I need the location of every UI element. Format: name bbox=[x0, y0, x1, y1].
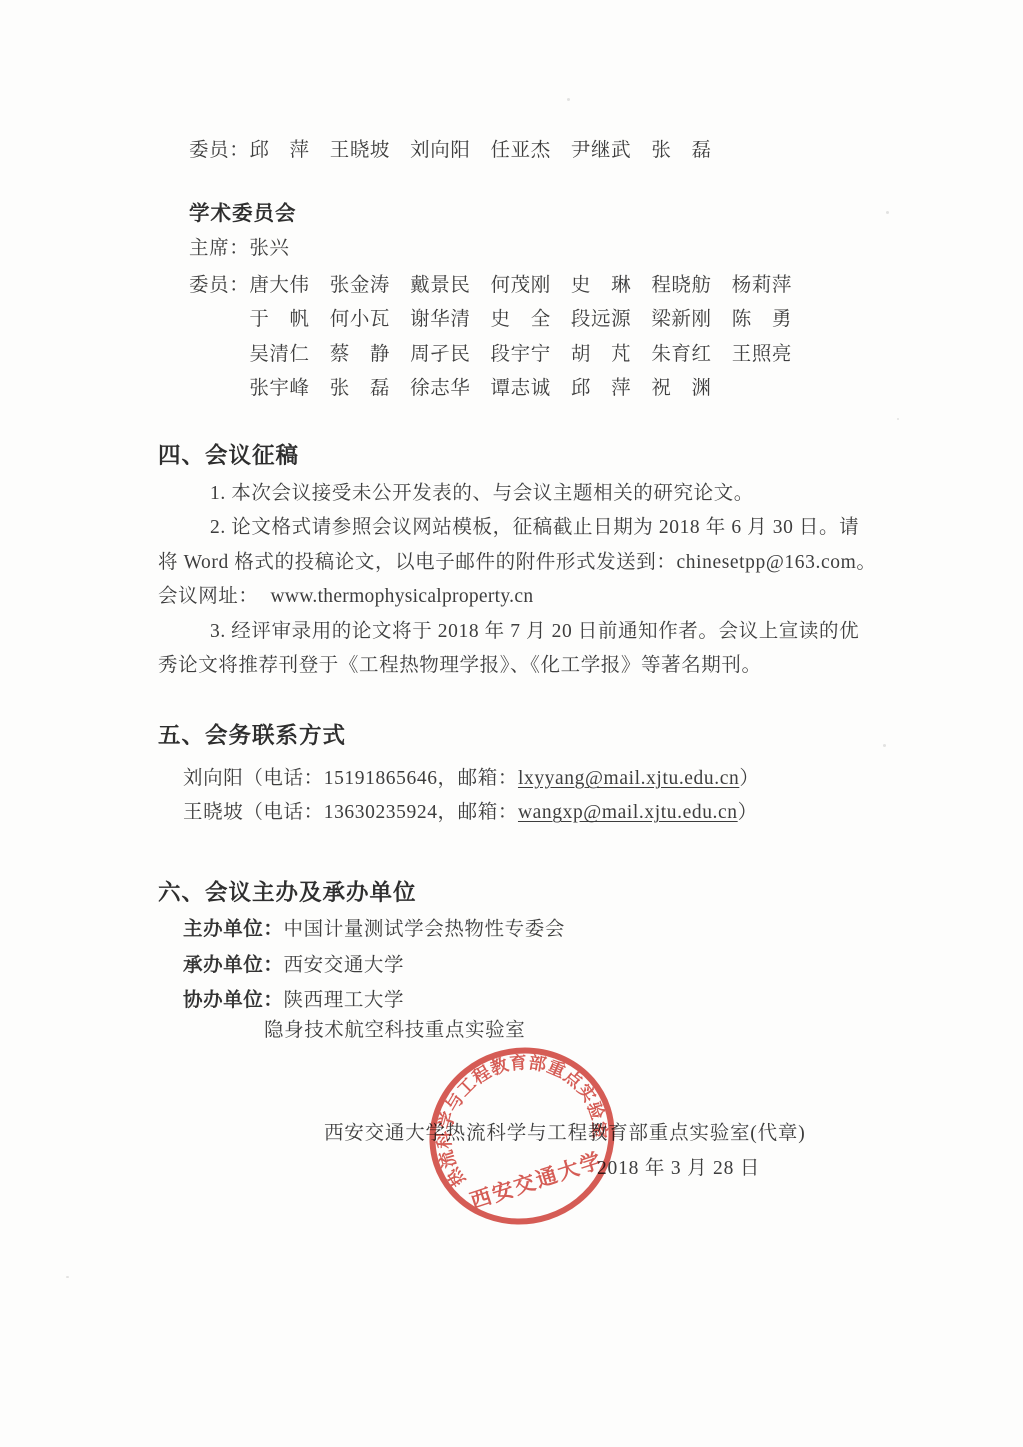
paper-item-2-line2: 将 Word 格式的投稿论文，以电子邮件的附件形式发送到：chinesetpp@… bbox=[158, 546, 870, 580]
organizer-value: 西安交通大学 bbox=[284, 955, 405, 976]
organizer-value: 陕西理工大学 bbox=[284, 990, 405, 1011]
contact-name: 王晓坡 bbox=[183, 802, 243, 823]
official-seal-stamp: 热流科学与工程教育部重点实验室 西安交通大学 bbox=[412, 1028, 632, 1248]
org-committee-line: 委员： 邱 萍 王晓坡 刘向阳 任亚杰 尹继武 张 磊 bbox=[189, 134, 712, 168]
stamp-center-text: 西安交通大学 bbox=[467, 1148, 606, 1213]
academic-member-row: 吴清仁 蔡 静 周孑民 段宇宁 胡 芃 朱育红 王照亮 bbox=[249, 338, 792, 372]
organizer-row: 主办单位：中国计量测试学会热物性专委会 bbox=[183, 912, 565, 948]
academic-member-row: 张宇峰 张 磊 徐志华 谭志诚 邱 萍 祝 渊 bbox=[249, 372, 792, 406]
academic-chair-line: 主席： 张兴 bbox=[189, 232, 290, 266]
academic-members-label: 委员： bbox=[189, 269, 249, 407]
contact-details-post: ） bbox=[738, 802, 758, 823]
paper-item-2-line1: 2. 论文格式请参照会议网站模板，征稿截止日期为 2018 年 6 月 30 日… bbox=[158, 511, 870, 545]
academic-member-row: 唐大伟 张金涛 戴景民 何茂刚 史 琳 程晓舫 杨莉萍 bbox=[249, 269, 792, 303]
section4-heading: 四、会议征稿 bbox=[158, 438, 299, 470]
contact-line: 王晓坡（电话：13630235924，邮箱：wangxp@mail.xjtu.e… bbox=[183, 796, 759, 830]
contact-name: 刘向阳 bbox=[183, 768, 243, 789]
contact-email-link[interactable]: lxyyang@mail.xjtu.edu.cn bbox=[518, 768, 739, 789]
organizer-label: 承办单位： bbox=[183, 954, 284, 976]
academic-member-row: 于 帆 何小瓦 谢华清 史 全 段远源 梁新刚 陈 勇 bbox=[249, 303, 792, 337]
organizer-row: 承办单位：西安交通大学 bbox=[183, 948, 565, 984]
scan-speck bbox=[886, 211, 889, 214]
organizer-label: 主办单位： bbox=[183, 918, 284, 940]
document-page: 委员： 邱 萍 王晓坡 刘向阳 任亚杰 尹继武 张 磊 学术委员会 主席： 张兴… bbox=[0, 0, 1023, 1447]
org-committee-members-label: 委员： bbox=[189, 134, 249, 168]
organizer-list: 主办单位：中国计量测试学会热物性专委会 承办单位：西安交通大学 协办单位：陕西理… bbox=[183, 912, 565, 1019]
organizer-label: 协办单位： bbox=[183, 989, 284, 1011]
paper-item-3-line2: 秀论文将推荐刊登于《工程热物理学报》、《化工学报》等著名期刊。 bbox=[158, 649, 870, 683]
academic-chair-label: 主席： bbox=[189, 232, 249, 266]
website-label: 会议网址： bbox=[158, 586, 259, 607]
contact-details-post: ） bbox=[739, 768, 759, 789]
website-url: www.thermophysicalproperty.cn bbox=[271, 586, 534, 607]
contact-details-pre: （电话：13630235924，邮箱： bbox=[243, 802, 518, 823]
website-line: 会议网址：www.thermophysicalproperty.cn bbox=[158, 580, 870, 614]
paper-item-1: 1. 本次会议接受未公开发表的、与会议主题相关的研究论文。 bbox=[158, 477, 870, 511]
contact-details-pre: （电话：15191865646，邮箱： bbox=[243, 768, 518, 789]
org-committee-members-names: 邱 萍 王晓坡 刘向阳 任亚杰 尹继武 张 磊 bbox=[249, 134, 711, 168]
contact-line: 刘向阳（电话：15191865646，邮箱：lxyyang@mail.xjtu.… bbox=[183, 762, 759, 796]
scan-speck bbox=[897, 418, 899, 420]
academic-members-rows: 唐大伟 张金涛 戴景民 何茂刚 史 琳 程晓舫 杨莉萍 于 帆 何小瓦 谢华清 … bbox=[249, 269, 792, 407]
contact-email-link[interactable]: wangxp@mail.xjtu.edu.cn bbox=[518, 802, 738, 823]
academic-members-block: 委员： 唐大伟 张金涛 戴景民 何茂刚 史 琳 程晓舫 杨莉萍 于 帆 何小瓦 … bbox=[189, 269, 792, 407]
academic-chair-name: 张兴 bbox=[249, 232, 289, 266]
scan-speck bbox=[567, 98, 570, 101]
academic-committee-title: 学术委员会 bbox=[189, 196, 297, 226]
scan-speck bbox=[66, 1276, 69, 1278]
contact-list: 刘向阳（电话：15191865646，邮箱：lxyyang@mail.xjtu.… bbox=[183, 762, 759, 831]
section5-heading: 五、会务联系方式 bbox=[158, 718, 346, 750]
section4-body: 1. 本次会议接受未公开发表的、与会议主题相关的研究论文。 2. 论文格式请参照… bbox=[158, 477, 870, 683]
scan-speck bbox=[883, 744, 886, 747]
paper-item-3-line1: 3. 经评审录用的论文将于 2018 年 7 月 20 日前通知作者。会议上宣读… bbox=[158, 615, 870, 649]
section6-heading: 六、会议主办及承办单位 bbox=[158, 875, 417, 907]
organizer-value: 中国计量测试学会热物性专委会 bbox=[284, 919, 565, 940]
